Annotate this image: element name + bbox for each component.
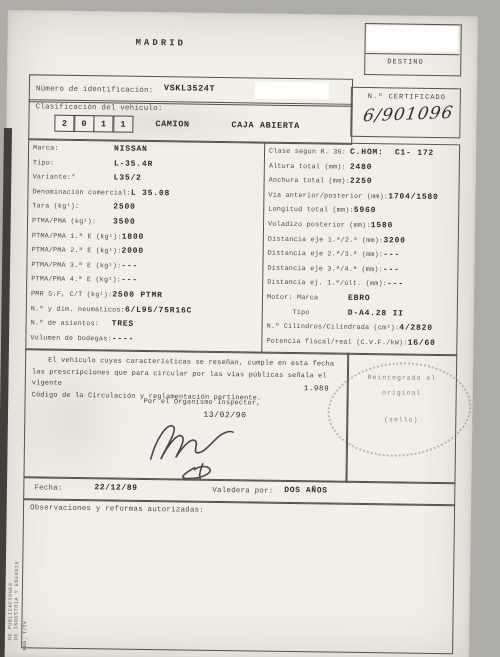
spec-label: N.º Cilindros/Cilindrada (cm³): <box>267 323 400 333</box>
spec-value: 1800 <box>122 232 145 241</box>
stamp-line3: (sello) <box>347 416 455 425</box>
redaction-block <box>366 25 458 52</box>
spec-label: Motor: Marca <box>267 294 348 303</box>
spec-value: NISSAN <box>114 144 148 153</box>
destino-label: DESTINO <box>387 58 424 67</box>
spec-value: L-35.4R <box>114 159 153 169</box>
spec-label: Distancia eje 3.ª/4.ª (mm): <box>267 264 383 274</box>
classification-digit: 2 <box>54 115 75 132</box>
spec-label: Potencia fiscal/real (C.V.F./kW): <box>266 337 407 347</box>
spec-value: 2480 <box>350 162 373 171</box>
city-label: MADRID <box>135 38 186 49</box>
identification-value: VSKL3524T <box>164 83 215 94</box>
margin-mod-label: MOD. T/TV <box>23 621 28 651</box>
observaciones-box: Observaciones y reformas autorizadas: <box>21 498 455 654</box>
certificado-box: N.º CERTIFICADO 6/901096 <box>350 87 461 139</box>
classification-digit: 1 <box>93 115 114 132</box>
spec-label: Volumen de bodegas: <box>30 334 111 343</box>
spec-value: --- <box>121 261 138 270</box>
stamp-oval <box>324 357 474 461</box>
spec-value: EBRO <box>348 294 371 303</box>
spec-label: Distancia eje 1.ª/2.ª (mm): <box>268 235 384 245</box>
spec-label: Distancia ej. 1.ª/últ. (mm): <box>267 279 387 289</box>
declaration-box: El vehículo cuyas características se res… <box>23 348 349 483</box>
paper-sheet: MADRID DESTINO N.º CERTIFICADO 6/901096 … <box>0 10 478 657</box>
spec-value: TRES <box>112 320 135 329</box>
classification-label: Clasificación del vehículo: <box>36 103 163 113</box>
classification-digit: 0 <box>73 115 94 132</box>
spec-value: 3500 <box>113 217 136 226</box>
spec-label: PMR S.F, C/T (kg¹): <box>31 290 112 299</box>
spec-label: Anchura total (mm): <box>269 177 350 186</box>
spec-label: Altura total (mm): <box>269 162 350 171</box>
inspector-signature <box>142 419 273 481</box>
spec-label: Vía anterior/posterior (mm): <box>268 191 388 201</box>
spec-label: Tara (kg¹): <box>32 203 113 212</box>
year-note: 1.989 <box>304 385 330 393</box>
spec-label: Longitud total (mm): <box>268 206 354 215</box>
certificado-label: N.º CERTIFICADO <box>368 93 446 102</box>
certificado-number-handwritten: 6/901096 <box>362 103 455 126</box>
spec-value: 2000 <box>121 247 144 256</box>
spec-value: L 35.08 <box>131 189 170 199</box>
spec-value: 2500 PTMR <box>112 290 163 300</box>
spec-value: --- <box>383 250 400 259</box>
spec-value: 6/L95/75R16C <box>125 305 192 315</box>
observaciones-label: Observaciones y reformas autorizadas: <box>30 504 204 514</box>
spec-value: --- <box>383 265 400 274</box>
spec-value: 1704/1580 <box>388 192 439 202</box>
spec-value: L35/2 <box>114 174 142 183</box>
spec-label: Denominación comercial: <box>32 188 131 197</box>
spec-value: 4/2820 <box>399 324 433 333</box>
spec-value: 3200 <box>383 236 406 245</box>
spec-value: 5960 <box>354 206 377 215</box>
spec-value: 16/60 <box>408 338 436 347</box>
spec-label: Marca: <box>33 144 114 153</box>
spec-value: ---- <box>112 334 135 343</box>
spec-label: N.º y dim. neumáticos: <box>31 305 125 314</box>
spec-label: PTMA/PMA 2.ª E (kg¹): <box>32 247 122 256</box>
specs-right-column: Clase según R. 36: C.HOM: C1- 172 Altura… <box>266 147 455 354</box>
spec-label: N.º de asientos: <box>31 319 112 328</box>
redaction-block <box>255 81 329 99</box>
margin-line2: DE INDUSTRIA Y ENERGIA <box>13 561 20 640</box>
valedera-value: DOS AÑOS <box>284 486 327 496</box>
body-type: CAJA ABIERTA <box>231 120 300 131</box>
scanned-certificate-page: MADRID DESTINO N.º CERTIFICADO 6/901096 … <box>0 0 500 657</box>
identification-label: Número de identificación: <box>36 85 154 95</box>
spec-value: 2250 <box>350 177 373 186</box>
spec-label: PTMA/PMA 3.ª E (kg¹): <box>31 261 121 270</box>
spec-label: Clase según R. 36: <box>269 148 350 157</box>
spec-label: PTMA/PMA 1.ª E (kg¹): <box>32 232 122 241</box>
valedera-label: Valedera por: <box>212 487 273 496</box>
spec-value: --- <box>387 280 404 289</box>
stamp-box: Reintegrado el original (sello) <box>345 353 457 485</box>
spec-label: Tipo <box>267 308 348 317</box>
stamp-line2: original <box>348 389 456 398</box>
destino-box: DESTINO <box>364 23 462 76</box>
classification-digit: 1 <box>112 115 133 132</box>
stamp-line1: Reintegrado el <box>348 374 456 383</box>
spec-label: PTMA/PMA (kg¹): <box>32 217 113 226</box>
vehicle-type: CAMION <box>155 119 189 129</box>
spec-label: Voladizo posterior (mm): <box>268 221 371 230</box>
spec-label: Variante:* <box>33 174 114 183</box>
margin-print: DE PUBLICACIONES DE INDUSTRIA Y ENERGIA <box>7 561 20 640</box>
spec-label: Distancia eje 2.ª/3.ª (mm): <box>268 250 384 260</box>
spec-value: --- <box>121 276 138 285</box>
fecha-label: Fecha: <box>34 484 62 492</box>
spec-value: C.HOM: C1- 172 <box>350 148 434 158</box>
spec-value: D-A4.28 II <box>348 308 404 318</box>
spec-row: Potencia fiscal/real (C.V.F./kW): 16/60 <box>266 336 452 353</box>
fecha-value: 22/12/89 <box>94 483 137 493</box>
specs-left-column: Marca: NISSAN Tipo: L-35.4R Variante:* L… <box>30 143 261 350</box>
inspector-label: Por el Organismo Inspector, <box>143 397 260 410</box>
spec-label: PTMA/PMA 4.ª E (kg¹): <box>31 276 121 285</box>
spec-label: Tipo: <box>33 159 114 168</box>
classification-digits: 2011 <box>55 115 133 133</box>
spec-value: 1580 <box>371 221 394 230</box>
spec-value: 2500 <box>113 203 136 212</box>
